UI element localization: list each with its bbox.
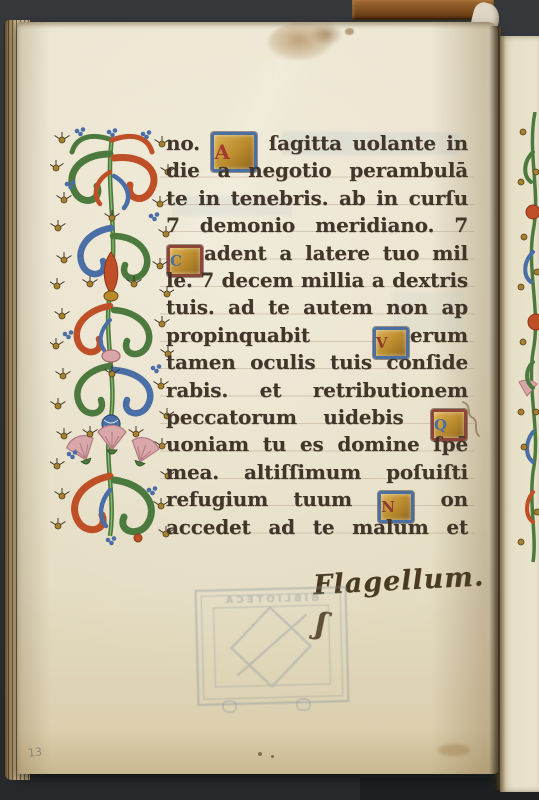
text-line-11: peccatorum uidebis Q: [166, 404, 468, 431]
text-segment: rabis. et retributionem: [166, 378, 468, 402]
stamp-mark: [222, 700, 237, 713]
text-line-2: die a negotio perambulā: [166, 157, 468, 184]
text-line-5: Cadent a latere tuo mil: [166, 240, 468, 267]
text-segment: propinquabit: [166, 323, 372, 347]
text-segment: tamen oculis tuis conſide: [166, 350, 468, 374]
marginal-mark: [459, 400, 483, 440]
text-segment: tuis. ad te autem non ap: [166, 295, 468, 319]
text-segment: no.: [166, 131, 210, 155]
text-line-12: uoniam tu es domine ſpē: [166, 431, 468, 458]
text-line-4: 7 demonio meridiano. 7: [166, 212, 468, 239]
text-segment: te in tenebris. ab in curſu: [166, 186, 468, 210]
text-line-13: mea. altiſſimum poſuiſti: [166, 459, 468, 486]
floral-border-illumination: [50, 124, 174, 548]
text-segment: le. 7 decem millia a dextris: [166, 268, 468, 292]
parchment-stain: [345, 28, 354, 35]
text-segment: accedet ad te malum et: [166, 515, 468, 539]
text-segment: adent a latere tuo mil: [204, 241, 468, 265]
text-segment: die a negotio perambulā: [166, 158, 468, 182]
text-block: no. A ſagitta uolante indie a negotio pe…: [166, 130, 468, 548]
pencil-foliation: 13: [27, 745, 42, 759]
parchment-stain: [438, 744, 470, 756]
text-line-14: refugium tuum N on: [166, 486, 468, 513]
text-line-9: tamen oculis tuis conſide: [166, 349, 468, 376]
text-line-6: le. 7 decem millia a dextris: [166, 267, 468, 294]
text-line-15: accedet ad te malum et: [166, 514, 468, 541]
ink-specks: [258, 752, 280, 760]
library-stamp: BIBLIOTECA: [195, 586, 350, 706]
manuscript-photo: no. A ſagitta uolante indie a negotio pe…: [0, 0, 539, 800]
text-segment: uoniam tu es domine ſpē: [166, 432, 468, 456]
text-line-10: rabis. et retributionem: [166, 377, 468, 404]
facing-page-border-illumination: [517, 112, 539, 564]
text-segment: mea. altiſſimum poſuiſti: [166, 460, 468, 484]
text-segment: on: [415, 487, 468, 511]
stamp-mark: [296, 698, 311, 711]
text-segment: peccatorum uidebis: [166, 405, 430, 429]
text-segment: refugium tuum: [166, 487, 377, 511]
text-line-1: no. A ſagitta uolante in: [166, 130, 468, 157]
text-line-3: te in tenebris. ab in curſu: [166, 185, 468, 212]
text-line-8: propinquabit Verum: [166, 322, 468, 349]
text-segment: ſagitta uolante in: [258, 131, 468, 155]
text-segment: erum: [410, 323, 468, 347]
text-line-7: tuis. ad te autem non ap: [166, 294, 468, 321]
text-segment: 7 demonio meridiano. 7: [166, 213, 468, 237]
